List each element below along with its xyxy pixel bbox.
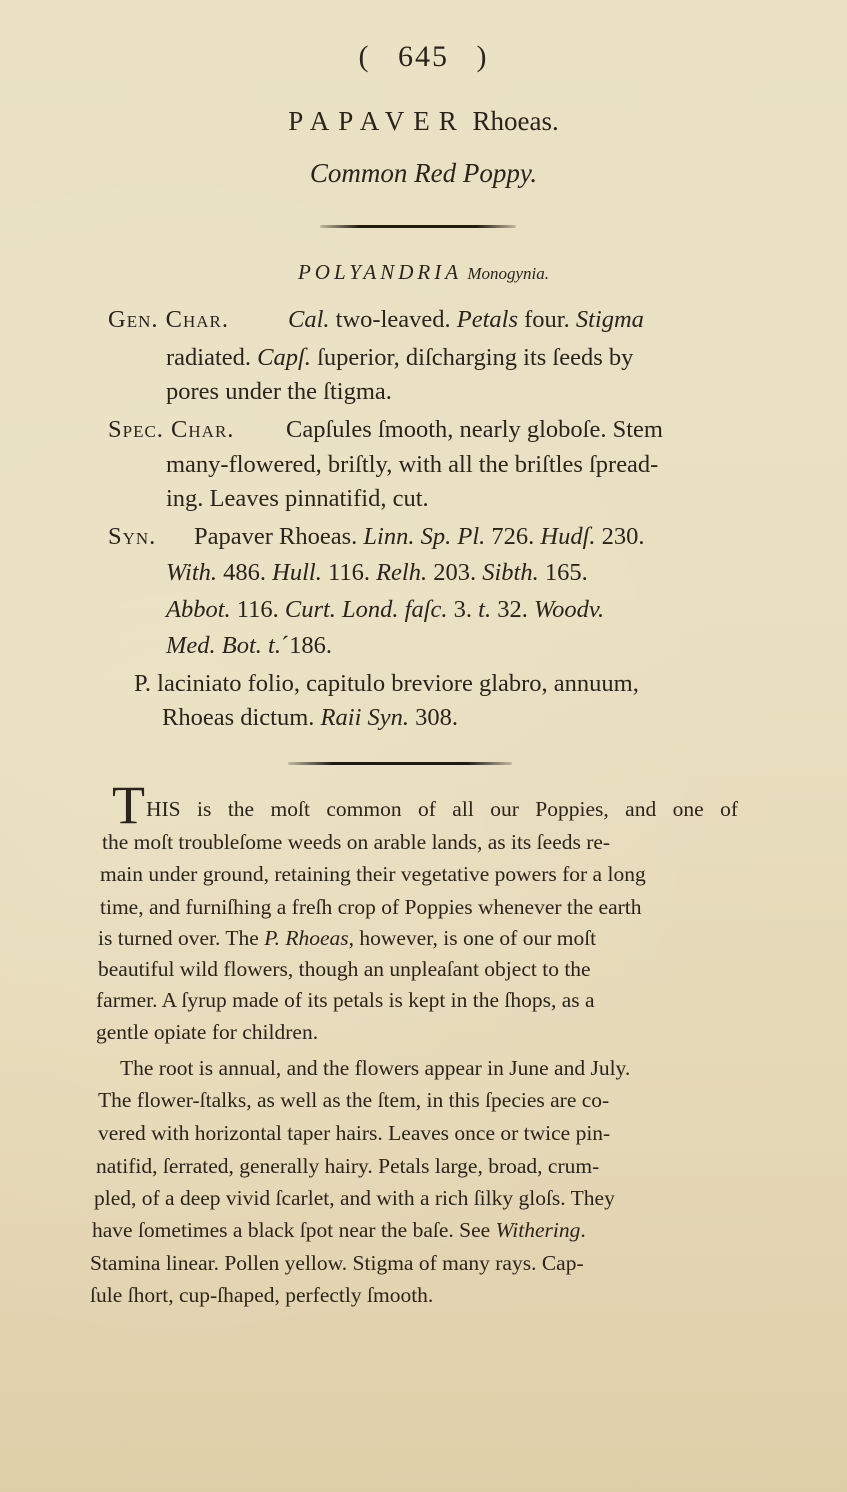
text-italic: Abbot. — [166, 596, 231, 623]
text: , however, is one of our moſt — [349, 926, 597, 950]
ornamental-rule — [320, 225, 516, 228]
text-italic: Curt. Lond. faſc. — [285, 596, 448, 623]
para1-line-2: the moſt troubleſome weeds on arable lan… — [102, 830, 610, 855]
drop-cap: T — [112, 778, 145, 832]
para2-line-5: pled, of a deep vivid ſcarlet, and with … — [94, 1186, 615, 1211]
text-italic: Stigma — [576, 306, 644, 333]
text-italic: Linn. Sp. Pl. — [363, 523, 485, 550]
class-name: POLYANDRIA — [298, 260, 462, 284]
text: . — [580, 1218, 585, 1242]
gen-char-label: Gen. Char. — [108, 306, 288, 334]
para1-line-3: main under ground, retaining their veget… — [100, 862, 646, 887]
text: two-leaved. — [330, 306, 457, 333]
text-italic: Hudſ. — [540, 523, 595, 550]
text: radiated. — [166, 344, 257, 371]
ray-synonym-line-1: P. laciniato folio, capitulo breviore gl… — [134, 670, 639, 698]
para2-line-7: Stamina linear. Pollen yellow. Stigma of… — [90, 1251, 584, 1276]
para1-line-7: farmer. A ſyrup made of its petals is ke… — [96, 988, 595, 1013]
species-name: Rhoeas. — [473, 106, 559, 136]
text: 486. — [217, 559, 272, 586]
text: pores under the ſtigma. — [166, 378, 392, 405]
page-number: ( 645 ) — [0, 40, 847, 74]
text-italic: Raii Syn. — [321, 704, 409, 731]
text: 3. — [448, 596, 479, 623]
common-name: Common Red Poppy. — [0, 158, 847, 189]
text-italic: Petals — [457, 306, 518, 333]
para2-line-6: have ſometimes a black ſpot near the baſ… — [92, 1218, 586, 1243]
ornamental-rule — [288, 762, 512, 765]
page-title: PAPAVER Rhoeas. — [0, 106, 847, 137]
spec-char-line-2: many-flowered, briſtly, with all the bri… — [166, 451, 658, 479]
text-italic: Sibth. — [482, 559, 539, 586]
text-italic: Withering — [496, 1218, 581, 1242]
para2-line-2: The flower-ſtalks, as well as the ſtem, … — [98, 1088, 609, 1113]
text-italic: With. — [166, 559, 217, 586]
para2-line-1: The root is annual, and the flowers appe… — [120, 1056, 630, 1081]
text: 230. — [596, 523, 645, 550]
text-italic: Woodv. — [534, 596, 604, 623]
gen-char-line-3: pores under the ſtigma. — [166, 378, 392, 406]
syn-label: Syn. — [108, 523, 194, 551]
text: ´186. — [281, 632, 332, 659]
para2-line-8: ſule ſhort, cup-ſhaped, perfectly ſmooth… — [90, 1283, 433, 1308]
text: is turned over. The — [98, 926, 264, 950]
para1-line-5: is turned over. The P. Rhoeas, however, … — [98, 926, 596, 951]
syn-line-3: Abbot. 116. Curt. Lond. faſc. 3. t. 32. … — [166, 596, 604, 624]
spec-char-line-3: ing. Leaves pinnatifid, cut. — [166, 485, 429, 513]
text: 165. — [539, 559, 588, 586]
text-italic: Med. Bot. t. — [166, 632, 281, 659]
text: 726. — [485, 523, 540, 550]
text: Papaver Rhoeas. — [194, 523, 363, 550]
text: 203. — [427, 559, 482, 586]
text-italic: Hull. — [272, 559, 322, 586]
text-italic: t. — [478, 596, 491, 623]
text: 116. — [322, 559, 376, 586]
text-italic: Relh. — [376, 559, 427, 586]
para2-line-4: natifid, ſerrated, generally hairy. Peta… — [96, 1154, 599, 1179]
syn-line-2: With. 486. Hull. 116. Relh. 203. Sibth. … — [166, 559, 588, 587]
para1-line-6: beautiful wild flowers, though an unplea… — [98, 957, 591, 982]
text-italic: P. Rhoeas — [264, 926, 348, 950]
text-italic: Cal. — [288, 306, 330, 333]
ray-synonym-line-2: Rhoeas dictum. Raii Syn. 308. — [162, 704, 458, 732]
gen-char-line-2: radiated. Capſ. ſuperior, diſcharging it… — [166, 344, 633, 372]
text: P. laciniato folio, capitulo breviore gl… — [134, 670, 639, 697]
syn-line-1: Syn.Papaver Rhoeas. Linn. Sp. Pl. 726. H… — [108, 523, 645, 551]
text: Rhoeas dictum. — [162, 704, 321, 731]
book-page: ( 645 ) PAPAVER Rhoeas. Common Red Poppy… — [0, 0, 847, 1492]
genus-name: PAPAVER — [288, 106, 466, 136]
text-italic: Capſ. — [257, 344, 311, 371]
syn-line-4: Med. Bot. t.´186. — [166, 632, 332, 660]
text: 32. — [491, 596, 534, 623]
text: four. — [518, 306, 576, 333]
text: have ſometimes a black ſpot near the baſ… — [92, 1218, 496, 1242]
gen-char-line-1: Gen. Char.Cal. two-leaved. Petals four. … — [108, 306, 644, 334]
text: 308. — [409, 704, 458, 731]
para1-line-8: gentle opiate for children. — [96, 1020, 318, 1045]
spec-char-label: Spec. Char. — [108, 416, 286, 444]
spec-char-line-1: Spec. Char.Capſules ſmooth, nearly globo… — [108, 416, 663, 444]
text: 116. — [231, 596, 285, 623]
para2-line-3: vered with horizontal taper hairs. Leave… — [98, 1121, 610, 1146]
para1-line-4: time, and furniſhing a freſh crop of Pop… — [100, 895, 642, 920]
linnaean-classification: POLYANDRIA Monogynia. — [0, 260, 847, 285]
order-name: Monogynia. — [467, 264, 549, 283]
text: ſuperior, diſcharging its ſeeds by — [311, 344, 633, 371]
para1-line-1: HIS is the moſt common of all our Poppie… — [146, 797, 738, 822]
text: Capſules ſmooth, nearly globoſe. Stem — [286, 416, 663, 443]
